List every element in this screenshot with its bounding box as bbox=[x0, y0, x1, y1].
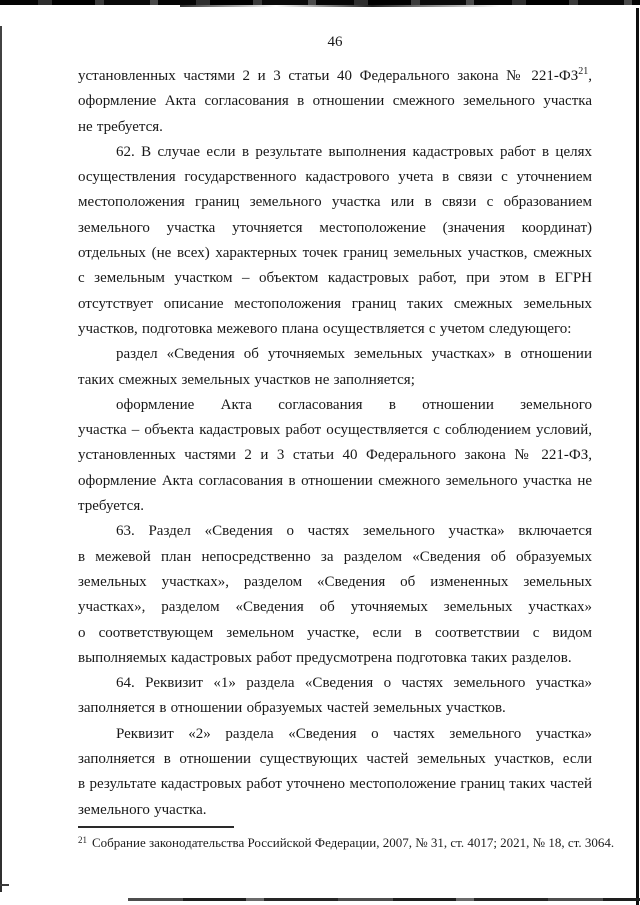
text-line: оформление Акта согласования в отношении… bbox=[78, 469, 592, 494]
text-line: заполняется в отношении существующих час… bbox=[78, 747, 592, 772]
text-line: с земельным участком – объектом кадастро… bbox=[78, 266, 592, 291]
text-line: выполняемых кадастровых работ предусмотр… bbox=[78, 646, 592, 671]
text-line: таких смежных земельных участков не запо… bbox=[78, 368, 592, 393]
scan-artifact-left-edge bbox=[0, 26, 2, 892]
text-line: земельного участка. bbox=[78, 798, 592, 823]
text-line: земельных участках», разделом «Сведения … bbox=[78, 570, 592, 595]
scan-artifact-bottom-edge bbox=[128, 898, 640, 901]
scan-artifact-top-edge-shadow bbox=[180, 5, 500, 7]
text-line: 64. Реквизит «1» раздела «Сведения о час… bbox=[78, 671, 592, 696]
text-line: оформление Акта согласования в отношении… bbox=[78, 393, 592, 418]
footnote-reference: 21 bbox=[578, 66, 588, 77]
text-line: раздел «Сведения об уточняемых земельных… bbox=[78, 342, 592, 367]
footnote-separator bbox=[78, 826, 234, 828]
text-block: установленных частями 2 и 3 статьи 40 Фе… bbox=[78, 64, 592, 823]
text-line: местоположения границ земельного участка… bbox=[78, 190, 592, 215]
scan-artifact-left-dash bbox=[0, 884, 9, 886]
text-line: установленных частями 2 и 3 статьи 40 Фе… bbox=[78, 64, 592, 89]
footnote-marker: 21 bbox=[78, 835, 87, 845]
text-line: отдельных (не всех) характерных точек гр… bbox=[78, 241, 592, 266]
text-line: не требуется. bbox=[78, 115, 592, 140]
text-line: земельного участка уточняется местополож… bbox=[78, 216, 592, 241]
text-line: участках», разделом «Сведения об уточняе… bbox=[78, 595, 592, 620]
text-line: участка – объекта кадастровых работ осущ… bbox=[78, 418, 592, 443]
document-page: 46 установленных частями 2 и 3 статьи 40… bbox=[0, 0, 640, 905]
text-line: участков, подготовка межевого плана осущ… bbox=[78, 317, 592, 342]
text-line: в результате кадастровых работ уточнено … bbox=[78, 772, 592, 797]
text-line: отсутствует описание местоположения гран… bbox=[78, 292, 592, 317]
text-segment: установленных частями 2 и 3 статьи 40 Фе… bbox=[78, 68, 578, 84]
text-line: в межевой план непосредственно за раздел… bbox=[78, 545, 592, 570]
text-line: о соответствующем земельном участке, есл… bbox=[78, 621, 592, 646]
footnote: 21Собрание законодательства Российской Ф… bbox=[78, 834, 623, 851]
text-line: заполняется в отношении образуемых часте… bbox=[78, 696, 592, 721]
text-line: требуется. bbox=[78, 494, 592, 519]
scan-artifact-right-edge bbox=[636, 8, 639, 905]
page-number: 46 bbox=[78, 34, 592, 51]
text-line: оформление Акта согласования в отношении… bbox=[78, 89, 592, 114]
text-line: осуществления государственного кадастров… bbox=[78, 165, 592, 190]
text-line: установленных частями 2 и 3 статьи 40 Фе… bbox=[78, 443, 592, 468]
footnote-text: Собрание законодательства Российской Фед… bbox=[92, 835, 614, 850]
text-line: Реквизит «2» раздела «Сведения о частях … bbox=[78, 722, 592, 747]
text-segment: , bbox=[588, 68, 592, 84]
text-line: 63. Раздел «Сведения о частях земельного… bbox=[78, 519, 592, 544]
text-line: 62. В случае если в результате выполнени… bbox=[78, 140, 592, 165]
